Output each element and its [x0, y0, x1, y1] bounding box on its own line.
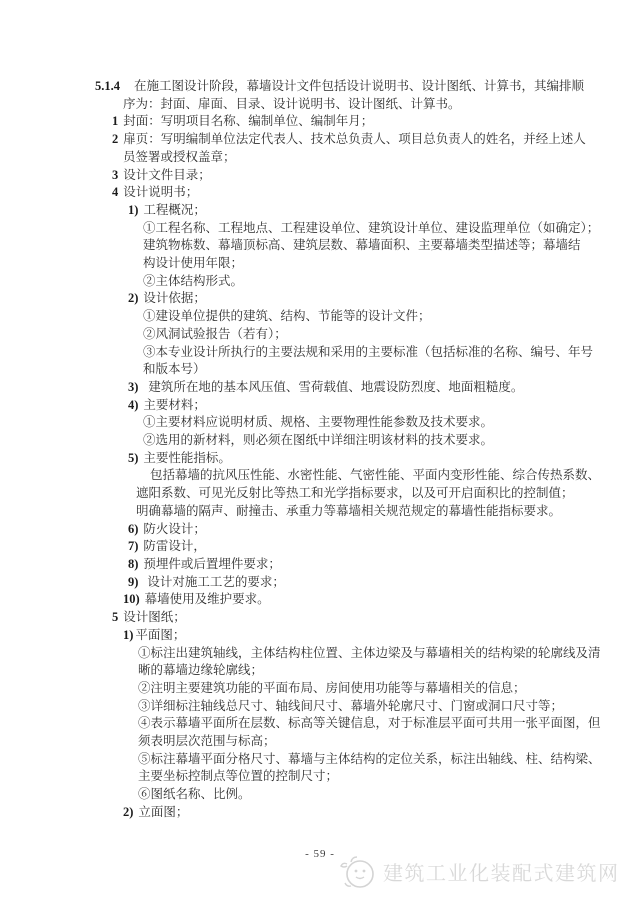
- line-text: 晰的幕墙边缘轮廓线；: [138, 663, 263, 677]
- line-text: 幕墙使用及维护要求。: [145, 592, 270, 606]
- line-text: 遮阳系数、可见光反射比等热工和光学指标要求，以及可开启面积比的控制值；: [136, 486, 574, 500]
- item-number: 1: [112, 114, 118, 128]
- text-line: 晰的幕墙边缘轮廓线；: [0, 662, 640, 680]
- line-text: 和版本号）: [143, 362, 206, 376]
- text-line: 1)工程概况；: [0, 202, 640, 220]
- text-line: 1封面：写明项目名称、编制单位、编制年月；: [0, 113, 640, 131]
- line-text: 员签署或授权盖章；: [123, 150, 236, 164]
- item-number: 3): [128, 380, 138, 394]
- item-number: 2: [112, 132, 118, 146]
- line-text: 明确幕墙的隔声、耐撞击、承重力等幕墙相关规范规定的幕墙性能指标要求。: [136, 504, 561, 518]
- item-number: 7): [128, 539, 138, 553]
- item-number: 1): [128, 203, 138, 217]
- text-line: 10)幕墙使用及维护要求。: [0, 591, 640, 609]
- line-text: ①建设单位提供的建筑、结构、节能等的设计文件；: [143, 309, 431, 323]
- text-line: 4)主要材料；: [0, 397, 640, 415]
- line-text: ②风洞试验报告（若有）；: [143, 327, 287, 341]
- text-line: 5)主要性能指标。: [0, 450, 640, 468]
- text-line: 7)防雷设计，: [0, 538, 640, 556]
- item-number: 1): [123, 628, 133, 642]
- line-text: 主要坐标控制点等位置的控制尺寸；: [138, 769, 338, 783]
- item-number: 6): [128, 522, 138, 536]
- text-line: 包括幕墙的抗风压性能、水密性能、气密性能、平面内变形性能、综合传热系数、: [0, 467, 640, 485]
- text-line: ③详细标注轴线总尺寸、轴线间尺寸、幕墙外轮廓尺寸、门窗或洞口尺寸等；: [0, 698, 640, 716]
- line-text: ②注明主要建筑功能的平面布局、房间使用功能等与幕墙相关的信息；: [138, 681, 526, 695]
- text-line: 6)防火设计；: [0, 521, 640, 539]
- text-line: ①标注出建筑轴线，主体结构柱位置、主体边梁及与幕墙相关的结构梁的轮廓线及清: [0, 645, 640, 663]
- item-number: 3: [112, 168, 118, 182]
- text-line: 明确幕墙的隔声、耐撞击、承重力等幕墙相关规范规定的幕墙性能指标要求。: [0, 503, 640, 521]
- text-line: 建筑物栋数、幕墙顶标高、建筑层数、幕墙面积、主要幕墙类型描述等；幕墙结: [0, 237, 640, 255]
- text-line: ③本专业设计所执行的主要法规和采用的主要标准（包括标准的名称、编号、年号: [0, 344, 640, 362]
- document-page: 5.1.4在施工图设计阶段，幕墙设计文件包括设计说明书、设计图纸、计算书，其编排…: [0, 0, 640, 905]
- line-text: 在施工图设计阶段，幕墙设计文件包括设计说明书、设计图纸、计算书，其编排顺: [134, 79, 584, 93]
- text-line: 2)设计依据；: [0, 290, 640, 308]
- text-line: ⑥图纸名称、比例。: [0, 786, 640, 804]
- text-line: 主要坐标控制点等位置的控制尺寸；: [0, 768, 640, 786]
- text-line: 遮阳系数、可见光反射比等热工和光学指标要求，以及可开启面积比的控制值；: [0, 485, 640, 503]
- text-line: 和版本号）: [0, 361, 640, 379]
- item-number: 9): [128, 575, 138, 589]
- line-text: 主要材料；: [143, 398, 206, 412]
- text-line: ②注明主要建筑功能的平面布局、房间使用功能等与幕墙相关的信息；: [0, 680, 640, 698]
- item-number: 10): [123, 592, 140, 606]
- line-text: 建筑所在地的基本风压值、雪荷载值、地震设防烈度、地面粗糙度。: [148, 380, 523, 394]
- line-text: 设计文件目录；: [123, 168, 211, 182]
- text-line: 须表明层次范围与标高；: [0, 733, 640, 751]
- line-text: 设计依据；: [143, 291, 206, 305]
- page-number: - 59 -: [0, 848, 640, 860]
- line-text: 平面图；: [135, 628, 185, 642]
- line-text: 须表明层次范围与标高；: [138, 734, 276, 748]
- text-line: ②选用的新材料，则必须在图纸中详细注明该材料的技术要求。: [0, 432, 640, 450]
- text-line: 4设计说明书；: [0, 184, 640, 202]
- text-line: ①建设单位提供的建筑、结构、节能等的设计文件；: [0, 308, 640, 326]
- item-number: 5): [128, 451, 138, 465]
- item-number: 4: [112, 185, 118, 199]
- text-line: 8)预埋件或后置埋件要求；: [0, 556, 640, 574]
- item-number: 2): [128, 291, 138, 305]
- line-text: 封面：写明项目名称、编制单位、编制年月；: [123, 114, 373, 128]
- watermark-text: 建筑工业化装配式建筑网: [383, 857, 620, 886]
- line-text: ⑤标注幕墙平面分格尺寸、幕墙与主体结构的定位关系，标注出轴线、柱、结构梁、: [138, 752, 601, 766]
- line-text: ④表示幕墙平面所在层数、标高等关键信息，对于标准层平面可共用一张平面图，但: [138, 716, 601, 730]
- text-line: 构设计使用年限；: [0, 255, 640, 273]
- line-text: 工程概况；: [143, 203, 206, 217]
- line-text: ①主要材料应说明材质、规格、主要物理性能参数及技术要求。: [143, 415, 493, 429]
- text-line: 序为：封面、扉面、目录、设计说明书、设计图纸、计算书。: [0, 96, 640, 114]
- item-number: 5.1.4: [95, 79, 120, 93]
- item-number: 5: [112, 610, 118, 624]
- text-line: 9)设计对施工工艺的要求；: [0, 574, 640, 592]
- item-number: 4): [128, 398, 138, 412]
- line-text: ①工程名称、工程地点、工程建设单位、建筑设计单位、建设监理单位（如确定）；: [143, 221, 599, 235]
- text-line: ①主要材料应说明材质、规格、主要物理性能参数及技术要求。: [0, 414, 640, 432]
- line-text: ②选用的新材料，则必须在图纸中详细注明该材料的技术要求。: [143, 433, 493, 447]
- line-text: 构设计使用年限；: [143, 256, 243, 270]
- line-text: 建筑物栋数、幕墙顶标高、建筑层数、幕墙面积、主要幕墙类型描述等；幕墙结: [143, 238, 581, 252]
- text-line: 3)建筑所在地的基本风压值、雪荷载值、地震设防烈度、地面粗糙度。: [0, 379, 640, 397]
- text-line: ①工程名称、工程地点、工程建设单位、建筑设计单位、建设监理单位（如确定）；: [0, 220, 640, 238]
- line-text: 立面图；: [138, 805, 188, 819]
- text-line: 5设计图纸；: [0, 609, 640, 627]
- line-text: ②主体结构形式。: [143, 274, 243, 288]
- document-body: 5.1.4在施工图设计阶段，幕墙设计文件包括设计说明书、设计图纸、计算书，其编排…: [0, 78, 640, 822]
- text-line: 2扉页：写明编制单位法定代表人、技术总负责人、项目总负责人的姓名，并经上述人: [0, 131, 640, 149]
- line-text: 预埋件或后置埋件要求；: [143, 557, 281, 571]
- item-number: 2): [123, 805, 133, 819]
- text-line: ②主体结构形式。: [0, 273, 640, 291]
- line-text: ①标注出建筑轴线，主体结构柱位置、主体边梁及与幕墙相关的结构梁的轮廓线及清: [138, 646, 601, 660]
- text-line: ④表示幕墙平面所在层数、标高等关键信息，对于标准层平面可共用一张平面图，但: [0, 715, 640, 733]
- text-line: 员签署或授权盖章；: [0, 149, 640, 167]
- text-line: ⑤标注幕墙平面分格尺寸、幕墙与主体结构的定位关系，标注出轴线、柱、结构梁、: [0, 751, 640, 769]
- line-text: ⑥图纸名称、比例。: [138, 787, 251, 801]
- line-text: 防雷设计，: [143, 539, 206, 553]
- text-line: 5.1.4在施工图设计阶段，幕墙设计文件包括设计说明书、设计图纸、计算书，其编排…: [0, 78, 640, 96]
- line-text: 设计图纸；: [123, 610, 186, 624]
- text-line: 2)立面图；: [0, 804, 640, 822]
- line-text: ③本专业设计所执行的主要法规和采用的主要标准（包括标准的名称、编号、年号: [143, 345, 593, 359]
- line-text: ③详细标注轴线总尺寸、轴线间尺寸、幕墙外轮廓尺寸、门窗或洞口尺寸等；: [138, 699, 563, 713]
- line-text: 序为：封面、扉面、目录、设计说明书、设计图纸、计算书。: [123, 97, 461, 111]
- text-line: 1)平面图；: [0, 627, 640, 645]
- text-line: 3设计文件目录；: [0, 167, 640, 185]
- item-number: 8): [128, 557, 138, 571]
- line-text: 包括幕墙的抗风压性能、水密性能、气密性能、平面内变形性能、综合传热系数、: [150, 468, 600, 482]
- line-text: 防火设计；: [143, 522, 206, 536]
- line-text: 扉页：写明编制单位法定代表人、技术总负责人、项目总负责人的姓名，并经上述人: [123, 132, 586, 146]
- line-text: 设计说明书；: [123, 185, 198, 199]
- text-line: ②风洞试验报告（若有）；: [0, 326, 640, 344]
- line-text: 主要性能指标。: [143, 451, 231, 465]
- line-text: 设计对施工工艺的要求；: [147, 575, 285, 589]
